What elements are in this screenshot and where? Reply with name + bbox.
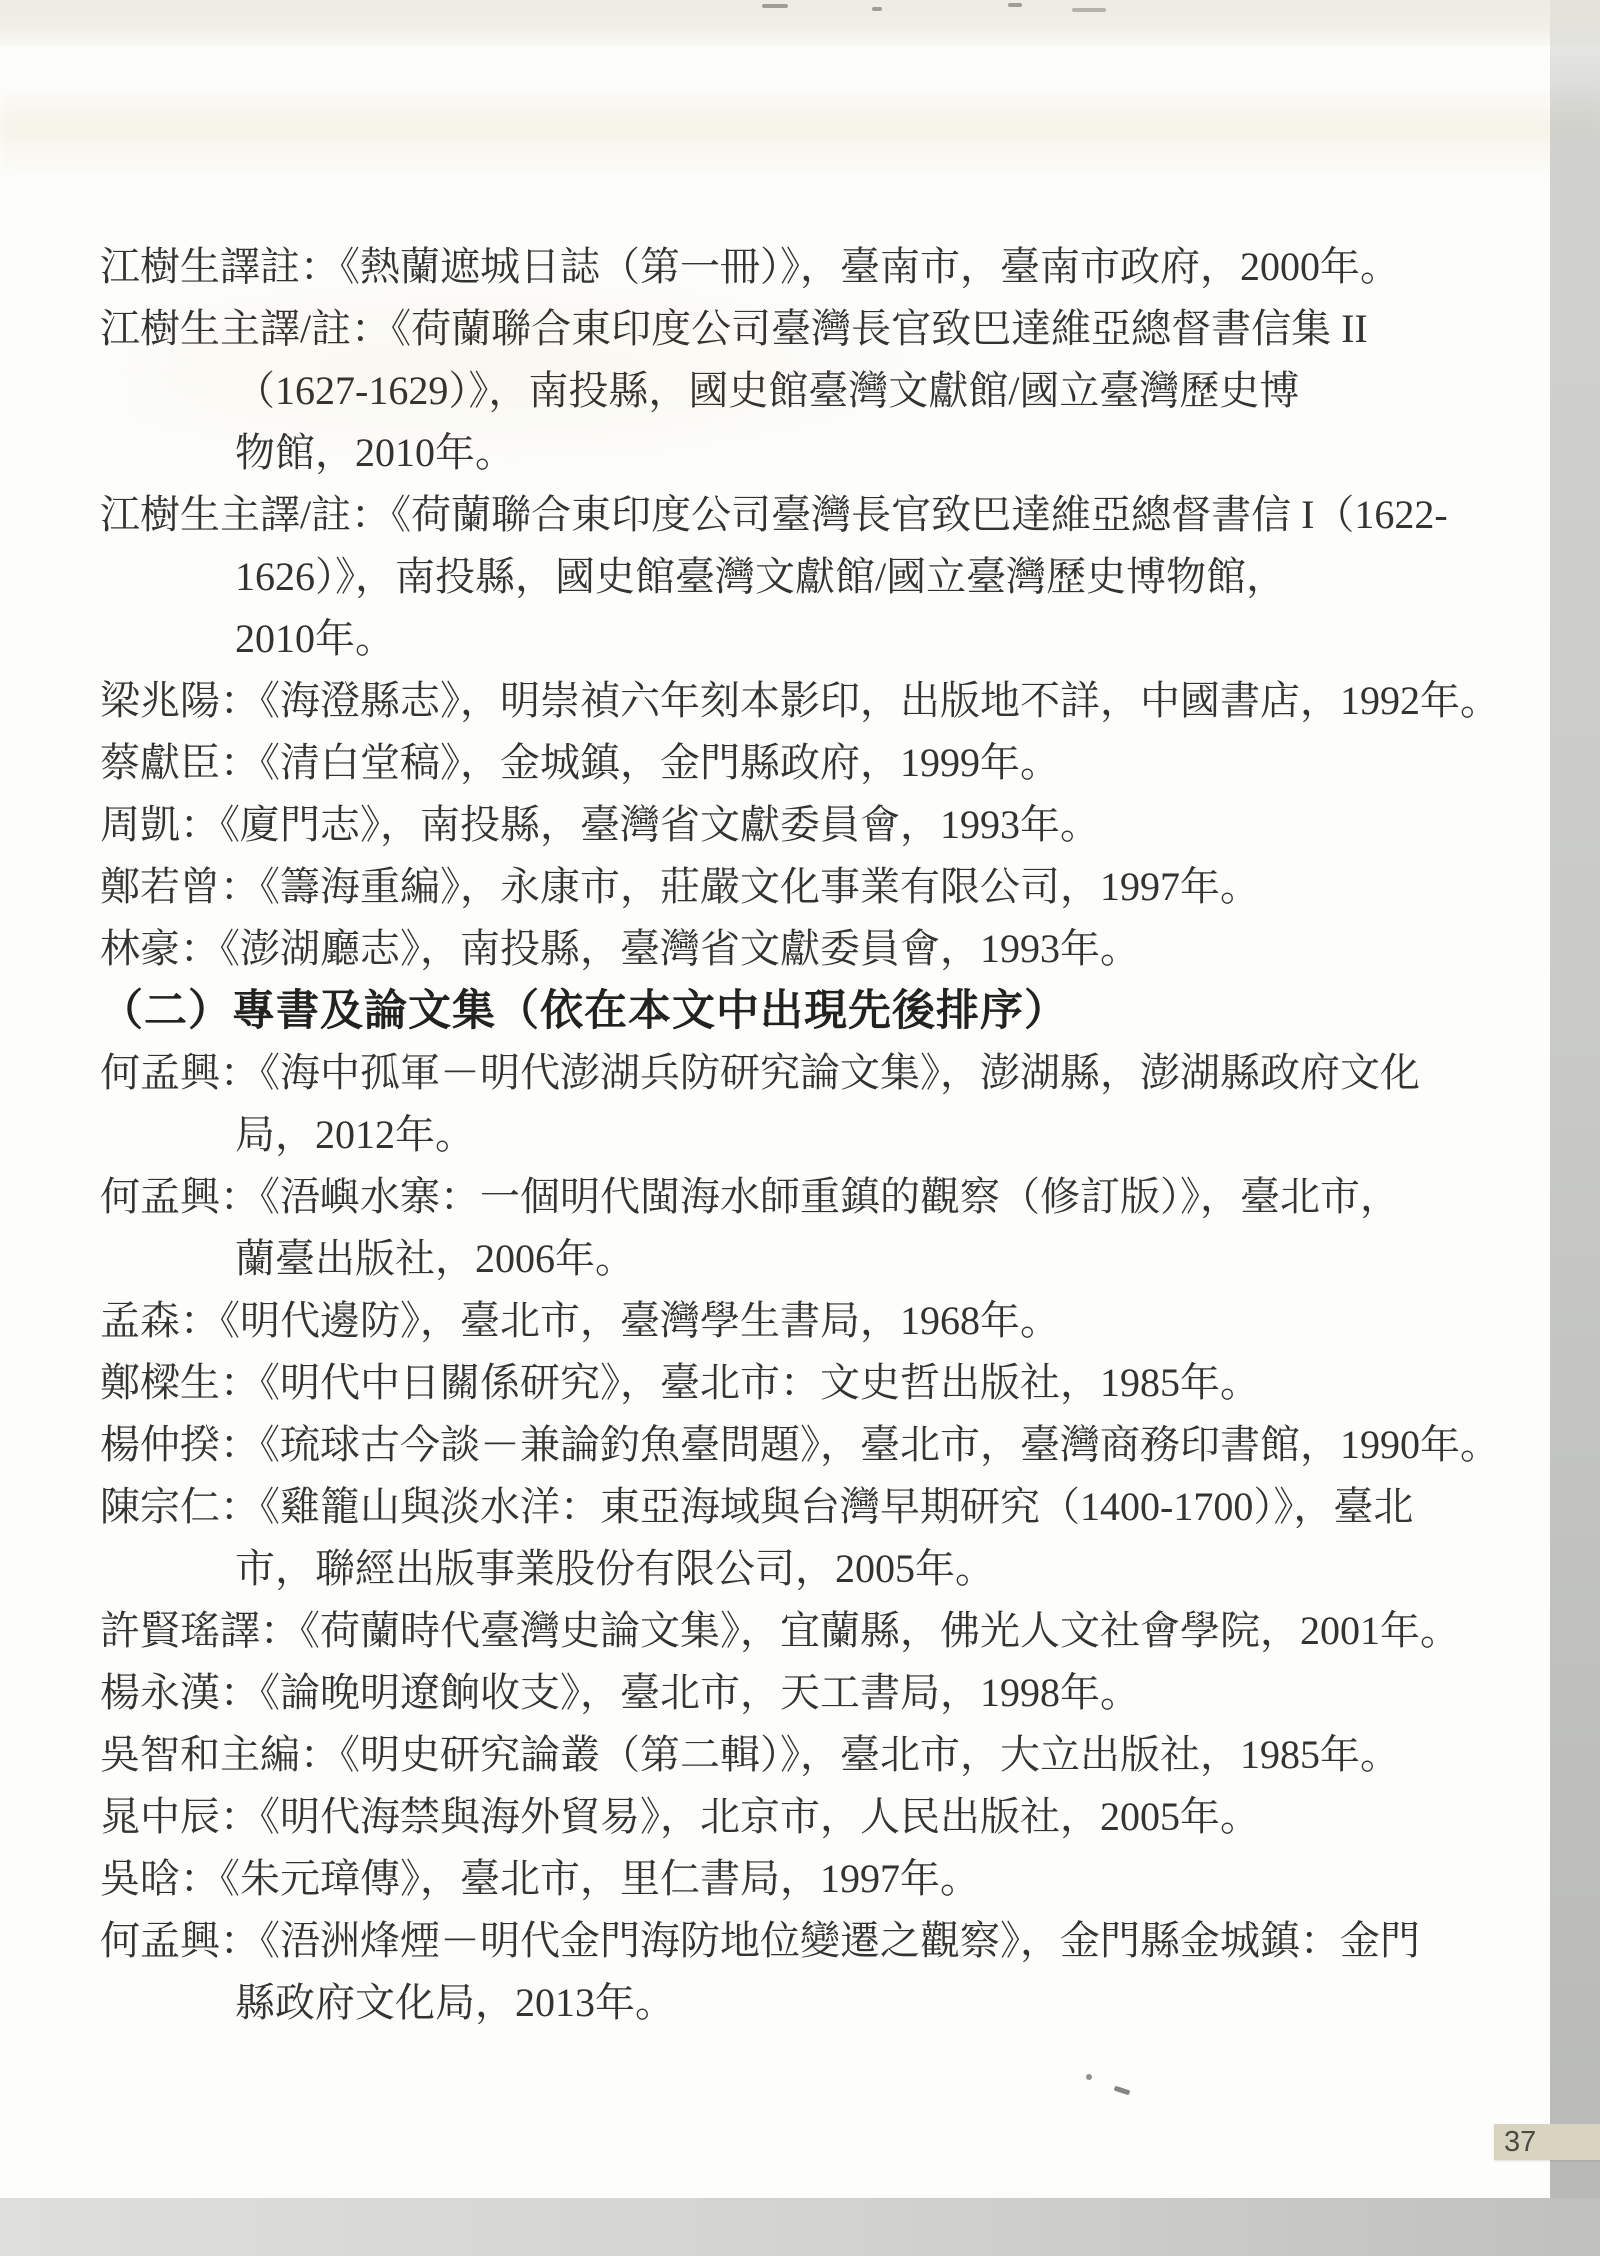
page-number: 37 xyxy=(1504,2126,1536,2158)
bib-entry: 吳智和主編：《明史研究論叢（第二輯）》，臺北市，大立出版社，1985年。 xyxy=(100,1724,1552,1786)
bib-entry: 周凱：《廈門志》，南投縣，臺灣省文獻委員會，1993年。 xyxy=(100,794,1552,856)
bib-entry: 許賢瑤譯：《荷蘭時代臺灣史論文集》，宜蘭縣，佛光人文社會學院，2001年。 xyxy=(100,1600,1552,1662)
scan-speck xyxy=(762,4,788,8)
bib-entry: 江樹生主譯/註：《荷蘭聯合東印度公司臺灣長官致巴達維亞總督書信集 II（1627… xyxy=(100,298,1552,484)
scan-artifact-smudge xyxy=(0,84,1600,180)
bib-entry: 陳宗仁：《雞籠山與淡水洋：東亞海域與台灣早期研究（1400-1700）》，臺北市… xyxy=(100,1476,1552,1600)
scan-speck xyxy=(872,7,882,11)
scanned-document-page: 江樹生譯註：《熱蘭遮城日誌（第一冊）》，臺南市，臺南市政府，2000年。江樹生主… xyxy=(0,0,1600,2256)
scan-speck-bottom xyxy=(1114,2086,1131,2096)
bib-entry: 蔡獻臣：《清白堂稿》，金城鎮，金門縣政府，1999年。 xyxy=(100,732,1552,794)
scan-speck-bottom xyxy=(1086,2074,1092,2080)
bib-entry: 鄭樑生：《明代中日關係研究》，臺北市：文史哲出版社，1985年。 xyxy=(100,1352,1552,1414)
bib-entry: 吳晗：《朱元璋傳》，臺北市，里仁書局，1997年。 xyxy=(100,1848,1552,1910)
bib-entry: 鄭若曾：《籌海重編》，永康市，莊嚴文化事業有限公司，1997年。 xyxy=(100,856,1552,918)
bib-entry: 梁兆陽：《海澄縣志》，明崇禎六年刻本影印，出版地不詳，中國書店，1992年。 xyxy=(100,670,1552,732)
page-number-strip: 37 xyxy=(1494,2124,1600,2160)
bib-entry: 楊仲揆：《琉球古今談－兼論釣魚臺問題》，臺北市，臺灣商務印書館，1990年。 xyxy=(100,1414,1552,1476)
bib-entry: 林豪：《澎湖廳志》，南投縣，臺灣省文獻委員會，1993年。 xyxy=(100,918,1552,980)
bib-entry: 何孟興：《海中孤軍－明代澎湖兵防研究論文集》，澎湖縣，澎湖縣政府文化局，2012… xyxy=(100,1042,1552,1166)
bib-entry: 孟森：《明代邊防》，臺北市，臺灣學生書局，1968年。 xyxy=(100,1290,1552,1352)
bib-entry: 江樹生譯註：《熱蘭遮城日誌（第一冊）》，臺南市，臺南市政府，2000年。 xyxy=(100,236,1552,298)
bibliography-content: 江樹生譯註：《熱蘭遮城日誌（第一冊）》，臺南市，臺南市政府，2000年。江樹生主… xyxy=(100,236,1552,2034)
scan-artifact-top-band xyxy=(0,0,1600,46)
scan-artifact-right-band xyxy=(1550,0,1600,2256)
bib-entry: 楊永漢：《論晚明遼餉收支》，臺北市，天工書局，1998年。 xyxy=(100,1662,1552,1724)
scan-speck xyxy=(1072,8,1106,12)
scan-artifact-bottom-band xyxy=(0,2198,1600,2256)
bib-entry: 江樹生主譯/註：《荷蘭聯合東印度公司臺灣長官致巴達維亞總督書信 I（1622-1… xyxy=(100,484,1552,670)
bib-entry: 何孟興：《浯洲烽煙－明代金門海防地位變遷之觀察》，金門縣金城鎮：金門縣政府文化局… xyxy=(100,1910,1552,2034)
bib-entry: 何孟興：《浯嶼水寨：一個明代閩海水師重鎮的觀察（修訂版）》，臺北市，蘭臺出版社，… xyxy=(100,1166,1552,1290)
bib-entry: 晁中辰：《明代海禁與海外貿易》，北京市，人民出版社，2005年。 xyxy=(100,1786,1552,1848)
scan-speck xyxy=(1008,3,1022,7)
section-heading: （二）專書及論文集（依在本文中出現先後排序） xyxy=(100,980,1552,1042)
